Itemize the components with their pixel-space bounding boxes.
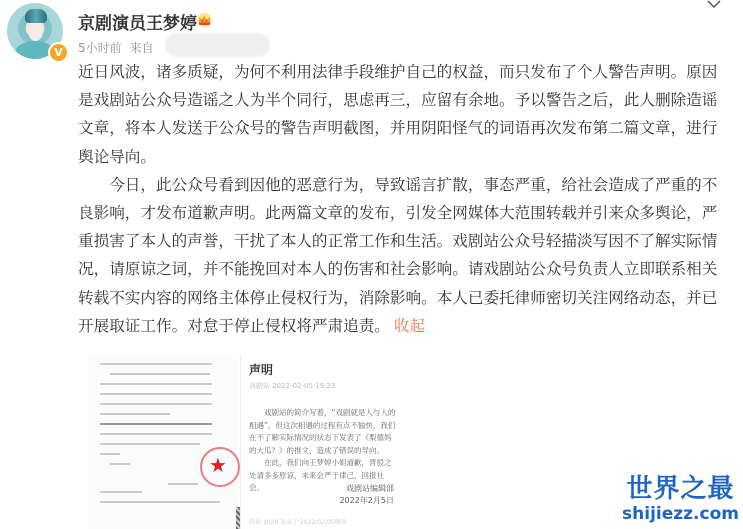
post-paragraph-2: 今日，此公众号看到因他的恶意行为，导致谣言扩散，事态严重，给社会造成了严重的不良… [78, 171, 718, 340]
text-line [100, 443, 200, 445]
verified-badge-icon: V [48, 42, 69, 63]
text-line [100, 491, 142, 493]
text-line [100, 423, 212, 425]
post-body: 近日风波，诸多质疑，为何不利用法律手段维护自己的权益，而只发布了个人警告声明。原… [78, 58, 718, 340]
text-line [110, 373, 210, 375]
watermark-cn: 世界之最 [618, 474, 743, 504]
warning-letter-image[interactable]: ★ [88, 355, 238, 529]
statement-paragraph: 戏剧站的简介写着，“戏剧就是人与人的相遇”，但这次相遇的过程有点不愉快，我们在不… [249, 407, 397, 457]
text-line [100, 413, 170, 415]
post-paragraph-1: 近日风波，诸多质疑，为何不利用法律手段维护自己的权益，而只发布了个人警告声明。原… [78, 58, 718, 171]
text-line [100, 501, 220, 503]
text-line [100, 453, 120, 455]
statement-title: 声明 [249, 361, 273, 378]
statement-signer: 戏剧站编辑部 [339, 483, 394, 495]
apology-statement-image[interactable]: 声明 戏剧站 2022-02-05 19:23 戏剧站的简介写着，“戏剧就是人与… [240, 355, 406, 529]
text-line [100, 403, 212, 405]
text-line [100, 393, 212, 395]
crown-icon [196, 12, 213, 27]
text-line [100, 363, 212, 365]
post-source-prefix: 来自 [130, 41, 154, 55]
statement-date: 2022年2月5日 [339, 495, 394, 507]
text-line [110, 463, 130, 465]
collapse-link[interactable]: 收起 [394, 317, 425, 335]
statement-signature: 戏剧站编辑部 2022年2月5日 [339, 483, 394, 507]
statement-subtitle: 戏剧站 2022-02-05 19:23 [249, 381, 335, 391]
post-time[interactable]: 5小时前 [78, 41, 122, 55]
watermark-en: shijiezz.com [618, 504, 743, 524]
text-line [100, 433, 212, 435]
statement-footer: 阅读 1028 发表于 2022/02/05修改 [249, 517, 347, 526]
site-watermark: 世界之最 shijiezz.com [618, 474, 743, 529]
post-paragraph-2-text: 今日，此公众号看到因他的恶意行为，导致谣言扩散，事态严重，给社会造成了严重的不良… [78, 176, 717, 335]
avatar-headdress [25, 9, 47, 23]
post-meta: 5小时前来自 [78, 39, 154, 56]
statement-body: 戏剧站的简介写着，“戏剧就是人与人的相遇”，但这次相遇的过程有点不愉快，我们在不… [249, 407, 397, 495]
text-line [168, 483, 198, 485]
text-line [100, 383, 212, 385]
avatar-face [28, 21, 43, 41]
author-name[interactable]: 京剧演员王梦婷 [78, 9, 197, 34]
post-source-blurred [165, 33, 270, 57]
chevron-down-icon[interactable] [707, 0, 721, 8]
seal-star-icon: ★ [209, 453, 227, 477]
